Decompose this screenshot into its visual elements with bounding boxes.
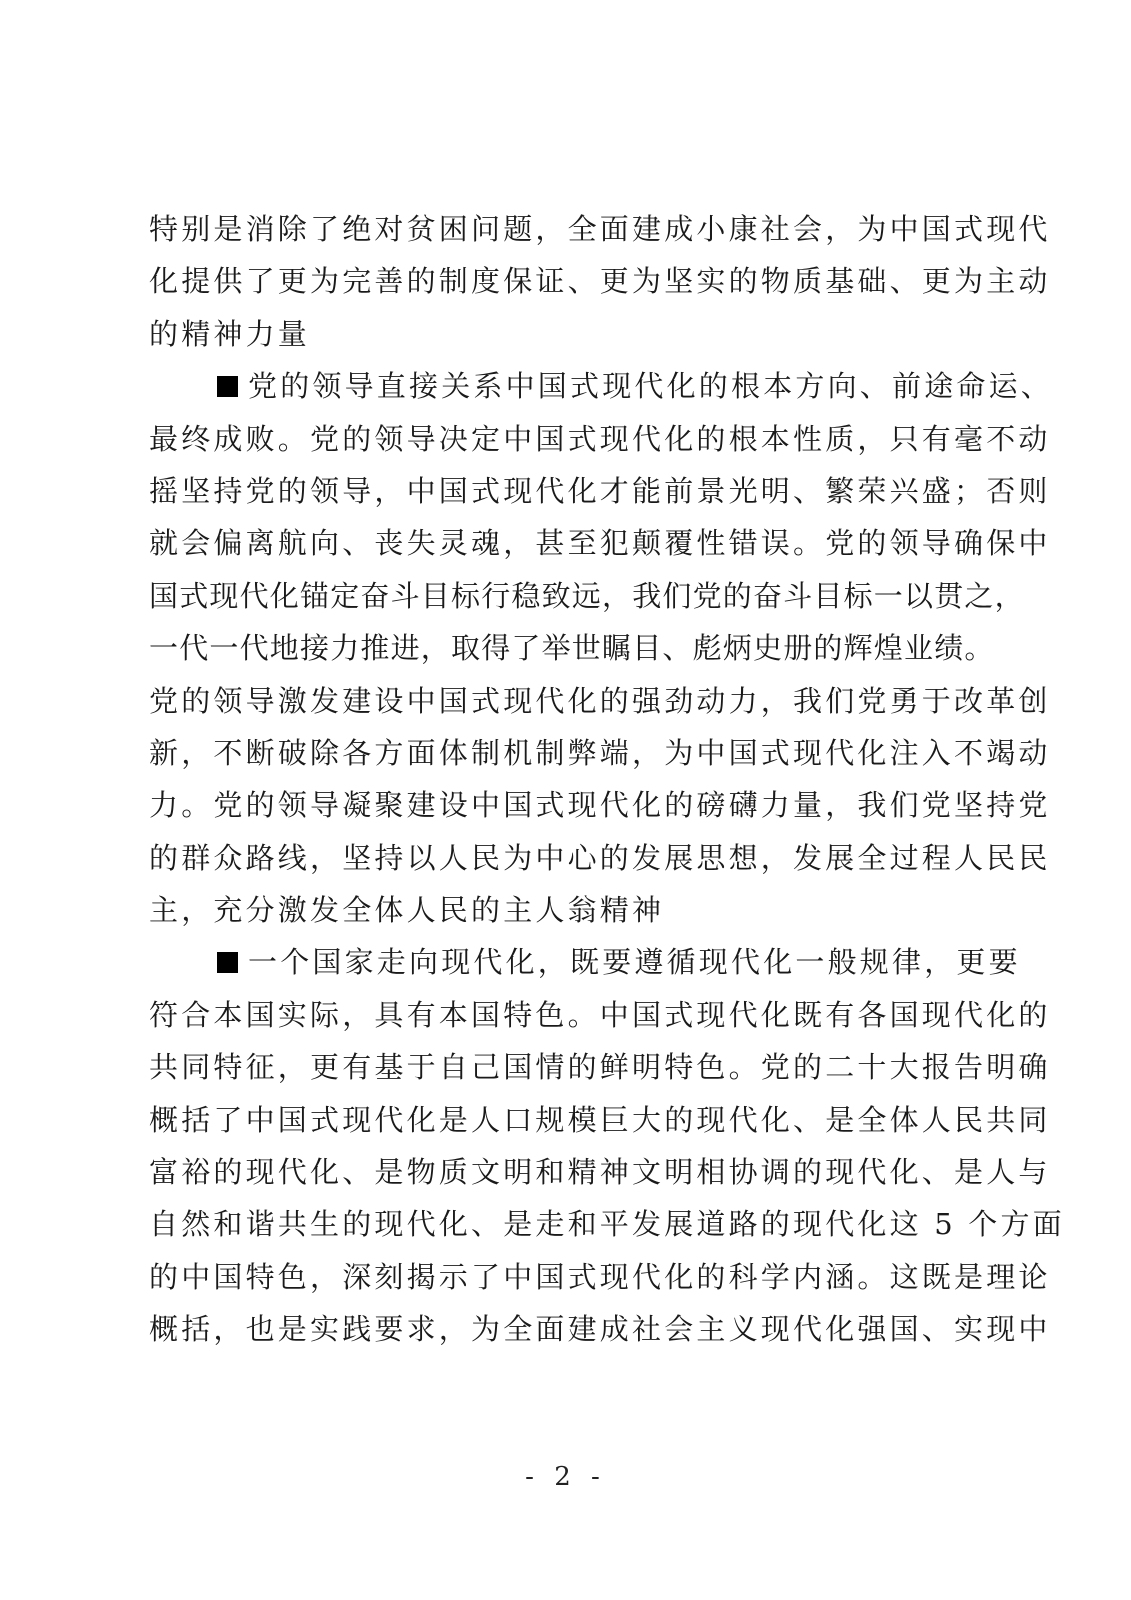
document-page: 特别是消除了绝对贫困问题，全面建成小康社会，为中国式现代 化提供了更为完善的制度… [0,0,1131,1600]
text-line: 国式现代化锚定奋斗目标行稳致远，我们党的奋斗目标一以贯之， [149,570,973,622]
square-bullet-icon [217,952,238,973]
text-line: 的中国特色，深刻揭示了中国式现代化的科学内涵。这既是理论 [149,1251,973,1303]
paragraph-party-leadership: 党的领导直接关系中国式现代化的根本方向、前途命运、 最终成败。党的领导决定中国式… [149,360,973,936]
text-line: 符合本国实际，具有本国特色。中国式现代化既有各国现代化的 [149,989,973,1041]
page-number: - 2 - [0,1462,1131,1492]
paragraph-lead-text: 党的领导直接关系中国式现代化的根本方向、前途命运、 [248,369,1053,403]
text-line: 化提供了更为完善的制度保证、更为坚实的物质基础、更为主动 [149,255,973,307]
paragraph-chinese-characteristics: 一个国家走向现代化，既要遵循现代化一般规律，更要 符合本国实际，具有本国特色。中… [149,936,973,1355]
text-line: 主，充分激发全体人民的主人翁精神 [149,884,973,936]
text-line: 共同特征，更有基于自己国情的鲜明特色。党的二十大报告明确 [149,1041,973,1093]
text-line: 摇坚持党的领导，中国式现代化才能前景光明、繁荣兴盛；否则 [149,465,973,517]
text-line: 最终成败。党的领导决定中国式现代化的根本性质，只有毫不动 [149,413,973,465]
paragraph-continuation: 特别是消除了绝对贫困问题，全面建成小康社会，为中国式现代 化提供了更为完善的制度… [149,203,973,360]
text-line: 概括，也是实践要求，为全面建成社会主义现代化强国、实现中 [149,1303,973,1355]
text-line: 新，不断破除各方面体制机制弊端，为中国式现代化注入不竭动 [149,727,973,779]
body-text: 特别是消除了绝对贫困问题，全面建成小康社会，为中国式现代 化提供了更为完善的制度… [149,203,973,1356]
text-line: 党的领导直接关系中国式现代化的根本方向、前途命运、 [149,360,973,412]
text-line: 的精神力量 [149,308,973,360]
text-line: 概括了中国式现代化是人口规模巨大的现代化、是全体人民共同 [149,1094,973,1146]
text-line: 力。党的领导凝聚建设中国式现代化的磅礴力量，我们党坚持党 [149,779,973,831]
paragraph-lead-text: 一个国家走向现代化，既要遵循现代化一般规律，更要 [248,945,1021,979]
text-line: 自然和谐共生的现代化、是走和平发展道路的现代化这 5 个方面 [149,1198,973,1250]
text-line: 党的领导激发建设中国式现代化的强劲动力，我们党勇于改革创 [149,675,973,727]
text-line: 的群众路线，坚持以人民为中心的发展思想，发展全过程人民民 [149,832,973,884]
text-line: 富裕的现代化、是物质文明和精神文明相协调的现代化、是人与 [149,1146,973,1198]
text-line: 特别是消除了绝对贫困问题，全面建成小康社会，为中国式现代 [149,203,973,255]
text-line: 一代一代地接力推进，取得了举世瞩目、彪炳史册的辉煌业绩。 [149,622,973,674]
text-line: 一个国家走向现代化，既要遵循现代化一般规律，更要 [149,936,973,988]
square-bullet-icon [217,376,238,397]
text-line: 就会偏离航向、丧失灵魂，甚至犯颠覆性错误。党的领导确保中 [149,517,973,569]
